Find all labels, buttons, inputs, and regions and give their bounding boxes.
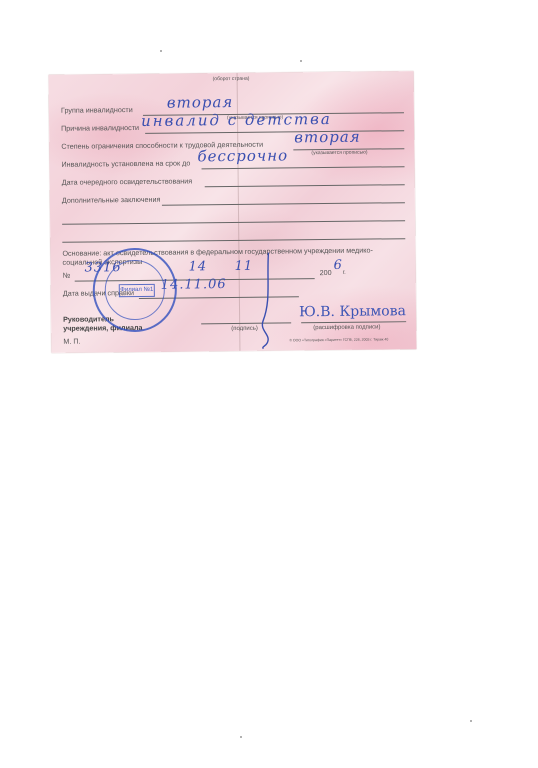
scan-speck bbox=[300, 60, 302, 62]
field-additional: Дополнительные заключения bbox=[62, 192, 405, 208]
field-label: Причина инвалидности bbox=[61, 123, 139, 133]
handwritten-signature bbox=[248, 250, 289, 350]
handwritten-value: инвалид с детства bbox=[141, 110, 332, 130]
signatory-name: Ю.В. Крымова bbox=[299, 303, 406, 320]
blank-line bbox=[62, 228, 405, 244]
field-label: Дополнительные заключения bbox=[62, 195, 161, 205]
act-year-suffix: 6 bbox=[333, 258, 342, 273]
act-number-label: № bbox=[63, 271, 71, 280]
blank-line bbox=[62, 210, 405, 226]
act-year-prefix: 200 bbox=[320, 268, 332, 277]
field-label: Группа инвалидности bbox=[61, 105, 133, 115]
field-label: Дата очередного освидетельствования bbox=[62, 176, 193, 186]
official-stamp: Филиал №1 bbox=[92, 248, 177, 333]
field-line bbox=[162, 202, 405, 206]
field-hint: (указывается прописью) bbox=[311, 150, 367, 157]
handwritten-value: вторая bbox=[167, 93, 234, 112]
scan-speck bbox=[470, 720, 472, 722]
act-year-unit: г. bbox=[343, 270, 346, 276]
stamp-text: Филиал №1 bbox=[119, 284, 155, 297]
name-caption: (расшифровка подписи) bbox=[313, 324, 380, 331]
scan-speck bbox=[240, 736, 242, 738]
field-line bbox=[62, 238, 405, 243]
act-date-day: 14 bbox=[188, 259, 207, 274]
field-line bbox=[202, 166, 405, 169]
handwritten-value: вторая bbox=[294, 128, 361, 147]
disability-certificate: (оборот страна) Группа инвалидности втор… bbox=[49, 71, 417, 353]
side-label: (оборот страна) bbox=[213, 76, 250, 82]
scan-speck bbox=[160, 50, 162, 52]
field-label: Инвалидность установлена на срок до bbox=[61, 158, 190, 168]
field-next-exam: Дата очередного освидетельствования bbox=[62, 174, 405, 190]
handwritten-value: бессрочно bbox=[197, 146, 288, 165]
field-line bbox=[62, 220, 405, 225]
field-line bbox=[205, 184, 405, 187]
field-line bbox=[145, 130, 404, 134]
